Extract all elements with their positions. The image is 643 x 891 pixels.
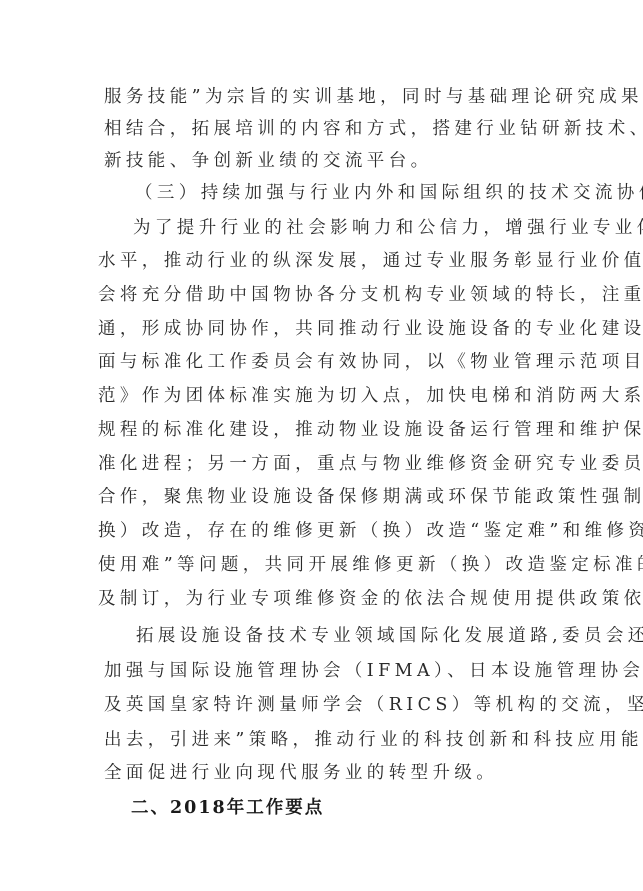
text-line: 面与标准化工作委员会有效协同，以《物业管理示范项目服务规: [98, 351, 643, 373]
text-line: 准化进程；另一方面，重点与物业维修资金研究专业委员会通力: [98, 453, 643, 475]
text-line: 通，形成协同协作，共同推动行业设施设备的专业化建设。一方: [98, 318, 643, 340]
text-line: 新技能、争创新业绩的交流平台。: [104, 150, 433, 172]
text-line: 相结合，拓展培训的内容和方式，搭建行业钻研新技术、掌握: [104, 118, 643, 140]
text-line: 为了提升行业的社会影响力和公信力，增强行业专业化管理: [133, 217, 643, 239]
text-line: 服务技能”为宗旨的实训基地，同时与基础理论研究成果转化: [104, 86, 643, 108]
text-line: 全面促进行业向现代服务业的转型升级。: [104, 762, 498, 784]
text-line: 及英国皇家特许测量师学会（RICS）等机构的交流，坚持“走: [104, 694, 643, 716]
text-line: 拓展设施设备技术专业领域国际化发展道路,委员会还将: [136, 625, 643, 647]
text-line: 出去，引进来”策略，推动行业的科技创新和科技应用能力，: [104, 729, 643, 751]
text-line: 使用难”等问题，共同开展维修更新（换）改造鉴定标准的研究: [98, 554, 643, 576]
text-line: 换）改造，存在的维修更新（换）改造“鉴定难”和维修资金“: [98, 520, 643, 542]
text-line: 范》作为团体标准实施为切入点，加快电梯和消防两大系统操作: [98, 385, 643, 407]
section-heading: 二、2018年工作要点: [131, 797, 324, 819]
text-line: 会将充分借助中国物协各分支机构专业领域的特长，注重横向沟: [98, 284, 643, 306]
text-line: 合作，聚焦物业设施设备保修期满或环保节能政策性强制更新（: [98, 486, 643, 508]
text-line: 规程的标准化建设，推动物业设施设备运行管理和维护保养的标: [98, 419, 643, 441]
text-line: 加强与国际设施管理协会（IFMA）、日本设施管理协会（JFMA）: [104, 660, 643, 682]
text-line: 及制订，为行业专项维修资金的依法合规使用提供政策依据。: [98, 588, 643, 610]
text-line: 水平，推动行业的纵深发展，通过专业服务彰显行业价值，委员: [98, 250, 643, 272]
text-line: （三）持续加强与行业内外和国际组织的技术交流协作: [135, 182, 643, 204]
